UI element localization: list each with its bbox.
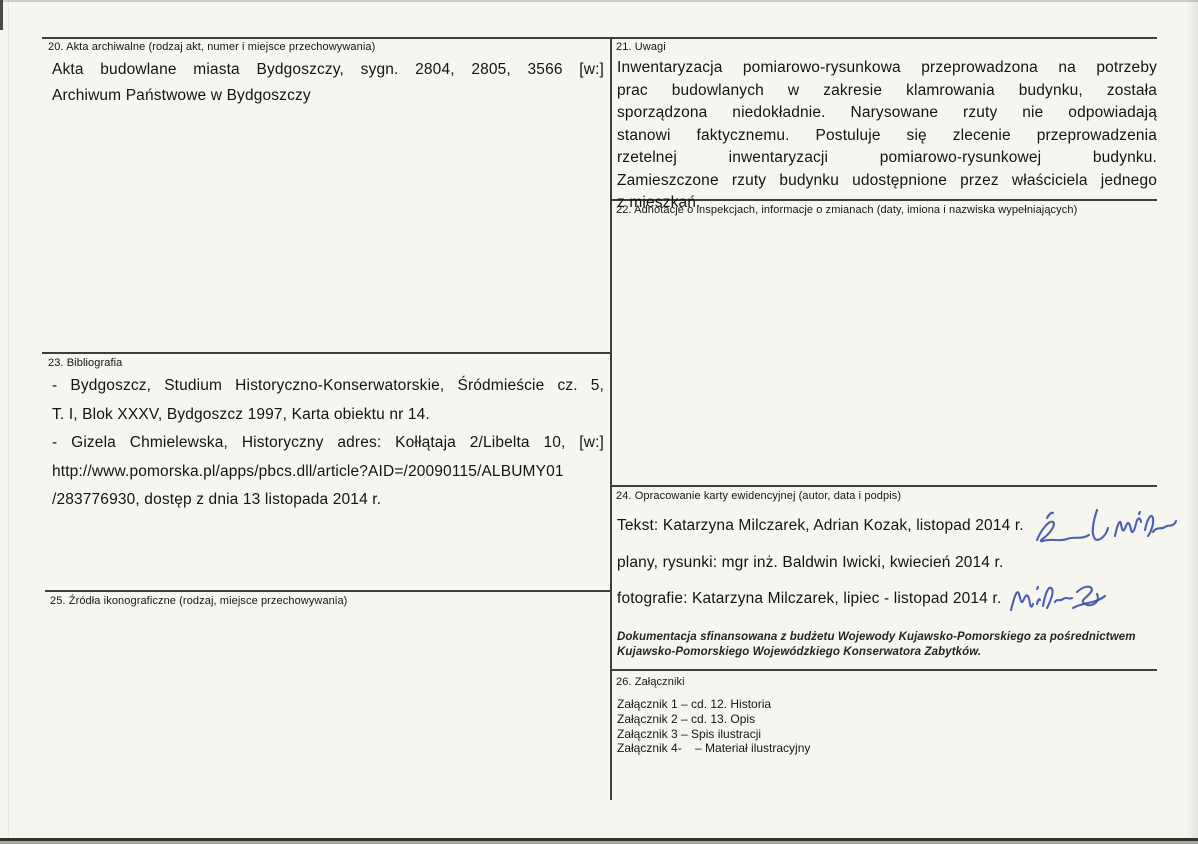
card-plans-text-line: plany, rysunki: mgr inż. Baldwin Iwicki,… bbox=[617, 554, 1003, 572]
remarks-line: stanowi faktycznemu. Postuluje się zlece… bbox=[617, 125, 1157, 148]
remarks-line: prac budowlanych w zakresie klamrowania … bbox=[617, 80, 1157, 103]
bibliography-line: - Gizela Chmielewska, Historyczny adres:… bbox=[52, 429, 604, 458]
attachments-list: Załącznik 1 – cd. 12. Historia Załącznik… bbox=[617, 697, 810, 756]
archival-records-line: Akta budowlane miasta Bydgoszczy, sygn. … bbox=[52, 57, 604, 83]
attachment-item: Załącznik 1 – cd. 12. Historia bbox=[617, 697, 810, 712]
rule-section-26 bbox=[610, 669, 1157, 671]
section-26-label: 26. Załączniki bbox=[616, 676, 685, 688]
rule-section-23 bbox=[42, 352, 610, 354]
rule-center-divider bbox=[610, 37, 612, 800]
bibliography-line: T. I, Blok XXXV, Bydgoszcz 1997, Karta o… bbox=[52, 401, 604, 430]
handwritten-signature-photographer bbox=[1005, 574, 1113, 622]
rule-section-25 bbox=[45, 590, 610, 592]
remarks-line: Inwentaryzacja pomiarowo-rysunkowa przep… bbox=[617, 57, 1157, 80]
rule-top bbox=[42, 37, 1157, 39]
attachment-item: Załącznik 2 – cd. 13. Opis bbox=[617, 712, 810, 727]
remarks-line: sporządzona niedokładnie. Narysowane rzu… bbox=[617, 102, 1157, 125]
attachment-item: Załącznik 4- – Materiał ilustracyjny bbox=[617, 741, 810, 756]
bibliography-url-line: http://www.pomorska.pl/apps/pbcs.dll/art… bbox=[52, 458, 604, 487]
card-photos-text-line: fotografie: Katarzyna Milczarek, lipiec … bbox=[617, 590, 1001, 608]
card-author-text-line: Tekst: Katarzyna Milczarek, Adrian Kozak… bbox=[617, 517, 1024, 535]
archival-records-line: Archiwum Państwowe w Bydgoszczy bbox=[52, 83, 604, 109]
scanned-record-card-page: 20. Akta archiwalne (rodzaj akt, numer i… bbox=[0, 0, 1198, 844]
rule-section-24 bbox=[610, 485, 1157, 487]
scan-right-shadow bbox=[1186, 0, 1198, 844]
bibliography-line: /283776930, dostęp z dnia 13 listopada 2… bbox=[52, 486, 604, 515]
section-25-label: 25. Źródła ikonograficzne (rodzaj, miejs… bbox=[50, 595, 347, 607]
section-21-body: Inwentaryzacja pomiarowo-rysunkowa przep… bbox=[617, 57, 1157, 215]
scan-crease bbox=[8, 0, 9, 844]
bibliography-line: - Bydgoszcz, Studium Historyczno-Konserw… bbox=[52, 372, 604, 401]
section-23-label: 23. Bibliografia bbox=[48, 357, 122, 369]
remarks-line: Zamieszczone rzuty budynku udostępnione … bbox=[617, 170, 1157, 193]
scan-top-edge bbox=[0, 0, 1198, 2]
section-20-body: Akta budowlane miasta Bydgoszczy, sygn. … bbox=[52, 57, 604, 109]
handwritten-signature-authors bbox=[1033, 500, 1178, 552]
section-20-label: 20. Akta archiwalne (rodzaj akt, numer i… bbox=[48, 41, 375, 53]
section-21-label: 21. Uwagi bbox=[616, 41, 666, 53]
section-24-label: 24. Opracowanie karty ewidencyjnej (auto… bbox=[616, 490, 901, 502]
section-23-body: - Bydgoszcz, Studium Historyczno-Konserw… bbox=[52, 372, 604, 515]
funding-footnote: Dokumentacja sfinansowana z budżetu Woje… bbox=[617, 630, 1152, 659]
scan-corner-mark bbox=[0, 0, 3, 30]
remarks-line: rzetelnej inwentaryzacji pomiarowo-rysun… bbox=[617, 147, 1157, 170]
attachment-item: Załącznik 3 – Spis ilustracji bbox=[617, 727, 810, 742]
section-22-label: 22. Adnotacje o inspekcjach, informacje … bbox=[616, 204, 1077, 216]
